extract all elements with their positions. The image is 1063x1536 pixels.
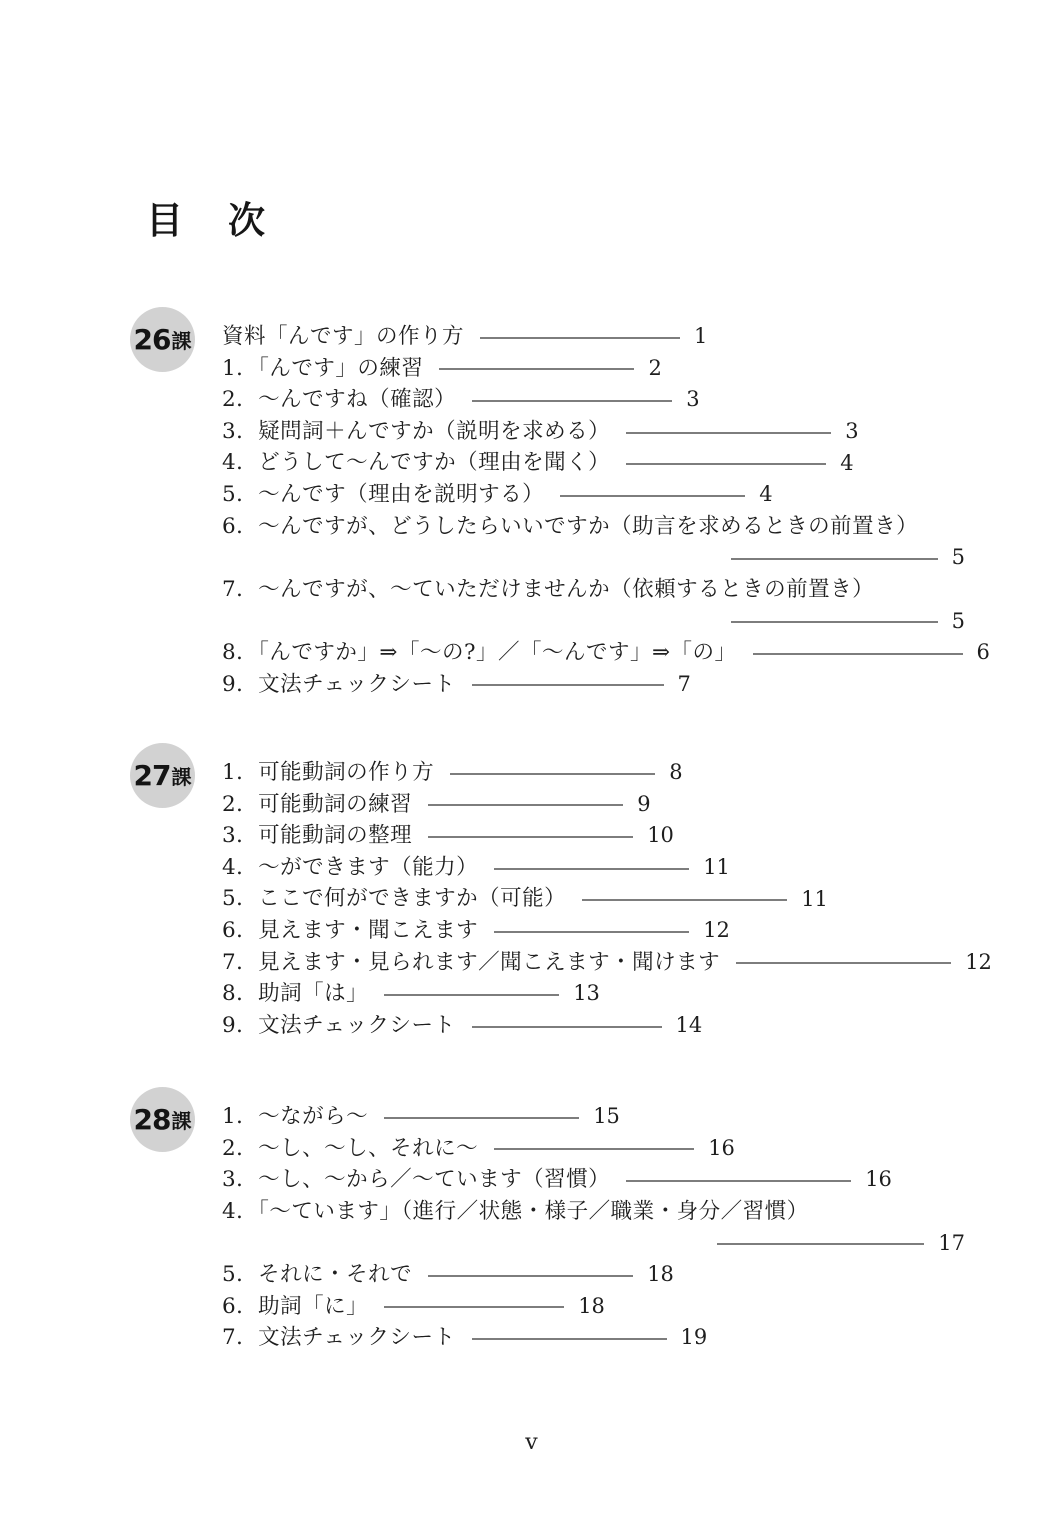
leader-line: [428, 804, 623, 806]
page-number: 14: [676, 1015, 703, 1036]
leader-line: [753, 653, 963, 655]
leader-line: [626, 1180, 851, 1182]
toc-entry-label: 3．疑問詞＋んですか（説明を求める）: [222, 421, 610, 443]
toc-entry-continuation: 5: [0, 542, 1063, 574]
leader-line: [582, 899, 787, 901]
toc-entry-label: 4．～ができます（能力）: [222, 857, 478, 879]
page-number: 7: [678, 674, 691, 695]
lesson-section-26: 26課 資料「んです」の作り方11．「んです」の練習22．～んですね（確認）33…: [0, 321, 1063, 700]
page-number: 12: [965, 952, 992, 973]
toc-entry-label: 2．～んですね（確認）: [222, 389, 456, 411]
toc-entry-label: 7．～んですが、～ていただけませんか（依頼するときの前置き）: [222, 579, 874, 601]
page-number: 8: [669, 762, 682, 783]
page-number: 5: [952, 611, 965, 632]
toc-entry-label: 1．～ながら～: [222, 1106, 368, 1128]
lesson-badge-number: 26: [134, 323, 171, 356]
page-number: 12: [703, 920, 730, 941]
page-number: 13: [573, 983, 600, 1004]
toc-entry: 8．「んですか」⇒「～の?」／「～んです」⇒「の」6: [0, 637, 1063, 669]
leader-line: [731, 621, 938, 623]
page-number: 16: [865, 1169, 892, 1190]
lesson-badge-suffix: 課: [171, 761, 191, 790]
page-number: 18: [578, 1296, 605, 1317]
page-number: 11: [703, 857, 730, 878]
toc-entry: 3．疑問詞＋んですか（説明を求める）3: [0, 416, 1063, 448]
toc-entry-label: 6．見えます・聞こえます: [222, 920, 478, 942]
leader-line: [736, 962, 951, 964]
toc-entry: 9．文法チェックシート14: [0, 1010, 1063, 1042]
toc-entry: 4．～ができます（能力）11: [0, 852, 1063, 884]
lesson-badge-suffix: 課: [171, 1105, 191, 1134]
page-number: 18: [647, 1264, 674, 1285]
page-number: 2: [648, 358, 661, 379]
toc-entry-label: 5．ここで何ができますか（可能）: [222, 888, 566, 910]
toc-entry-label: 2．可能動詞の練習: [222, 794, 412, 816]
toc-entry-label: 5．～んです（理由を説明する）: [222, 484, 544, 506]
lesson-section-28: 28課 1．～ながら～152．～し、～し、それに～163．～し、～から／～ていま…: [0, 1101, 1063, 1354]
toc-page: 目 次 26課 資料「んです」の作り方11．「んです」の練習22．～んですね（確…: [0, 0, 1063, 1536]
leader-line: [384, 994, 559, 996]
page-title: 目 次: [146, 190, 269, 244]
leader-line: [472, 1338, 667, 1340]
toc-entry-label: 8．「んですか」⇒「～の?」／「～んです」⇒「の」: [222, 642, 737, 664]
toc-entry-label: 9．文法チェックシート: [222, 1015, 456, 1037]
leader-line: [428, 1275, 633, 1277]
toc-entry-label: 6．～んですが、どうしたらいいですか（助言を求めるときの前置き）: [222, 516, 918, 538]
page-number: 4: [840, 453, 853, 474]
toc-entry-label: 1．「んです」の練習: [222, 358, 423, 380]
toc-entry-label: 7．文法チェックシート: [222, 1327, 456, 1349]
toc-entry: 6．～んですが、どうしたらいいですか（助言を求めるときの前置き）: [0, 511, 1063, 543]
toc-entry: 3．可能動詞の整理10: [0, 820, 1063, 852]
toc-entry-label: 3．～し、～から／～ています（習慣）: [222, 1169, 610, 1191]
toc-entry: 2．～んですね（確認）3: [0, 384, 1063, 416]
page-number: 10: [647, 825, 674, 846]
toc-entry: 5．それに・それで18: [0, 1259, 1063, 1291]
toc-entry-label: 2．～し、～し、それに～: [222, 1138, 478, 1160]
toc-entry-continuation: 5: [0, 605, 1063, 637]
lesson-badge-number: 27: [134, 759, 171, 792]
page-number: 1: [694, 326, 707, 347]
leader-line: [480, 337, 680, 339]
leader-line: [494, 1148, 694, 1150]
page-folio: v: [0, 1430, 1063, 1455]
leader-line: [717, 1243, 924, 1245]
lesson-badge: 28課: [130, 1087, 195, 1152]
leader-line: [494, 868, 689, 870]
toc-entry: 5．～んです（理由を説明する）4: [0, 479, 1063, 511]
toc-entry-label: 3．可能動詞の整理: [222, 825, 412, 847]
page-number: 16: [708, 1138, 735, 1159]
toc-entry: 6．助詞「に」18: [0, 1291, 1063, 1323]
leader-line: [472, 684, 664, 686]
toc-entry: 3．～し、～から／～ています（習慣）16: [0, 1164, 1063, 1196]
toc-entry-label: 4．どうして～んですか（理由を聞く）: [222, 452, 610, 474]
page-number: 9: [637, 794, 650, 815]
leader-line: [428, 836, 633, 838]
leader-line: [731, 558, 938, 560]
page-number: 11: [801, 889, 828, 910]
leader-line: [472, 400, 672, 402]
leader-line: [560, 495, 745, 497]
leader-line: [384, 1306, 564, 1308]
page-number: 17: [938, 1233, 965, 1254]
toc-entry-label: 6．助詞「に」: [222, 1296, 368, 1318]
leader-line: [626, 463, 826, 465]
page-number: 6: [977, 642, 990, 663]
toc-entry: 6．見えます・聞こえます12: [0, 915, 1063, 947]
toc-entry-label: 1．可能動詞の作り方: [222, 762, 434, 784]
toc-entry: 7．文法チェックシート19: [0, 1322, 1063, 1354]
toc-entry: 4．「～ています」（進行／状態・様子／職業・身分／習慣）: [0, 1196, 1063, 1228]
toc-entry: 4．どうして～んですか（理由を聞く）4: [0, 447, 1063, 479]
lesson-badge: 26課: [130, 307, 195, 372]
toc-entry: 7．見えます・見られます／聞こえます・聞けます12: [0, 947, 1063, 979]
toc-entry: 7．～んですが、～ていただけませんか（依頼するときの前置き）: [0, 574, 1063, 606]
lesson-badge-number: 28: [134, 1103, 171, 1136]
toc-entry-label: 7．見えます・見られます／聞こえます・聞けます: [222, 952, 720, 974]
toc-entry-label: 8．助詞「は」: [222, 983, 368, 1005]
leader-line: [439, 368, 634, 370]
page-number: 5: [952, 547, 965, 568]
leader-line: [384, 1117, 579, 1119]
leader-line: [450, 773, 655, 775]
page-number: 19: [681, 1327, 708, 1348]
toc-entry-label: 4．「～ています」（進行／状態・様子／職業・身分／習慣）: [222, 1201, 809, 1223]
lesson-badge: 27課: [130, 743, 195, 808]
page-number: 4: [759, 484, 772, 505]
toc-entry-label: 5．それに・それで: [222, 1264, 412, 1286]
toc-entry-continuation: 17: [0, 1227, 1063, 1259]
leader-line: [472, 1026, 662, 1028]
page-number: 3: [686, 389, 699, 410]
page-number: 15: [593, 1106, 620, 1127]
toc-entry-label: 資料「んです」の作り方: [222, 326, 464, 348]
toc-entry: 5．ここで何ができますか（可能）11: [0, 883, 1063, 915]
page-number: 3: [845, 421, 858, 442]
lesson-badge-suffix: 課: [171, 325, 191, 354]
lesson-section-27: 27課 1．可能動詞の作り方82．可能動詞の練習93．可能動詞の整理104．～が…: [0, 757, 1063, 1041]
toc-entry: 9．文法チェックシート7: [0, 669, 1063, 701]
toc-entry: 8．助詞「は」13: [0, 978, 1063, 1010]
leader-line: [494, 931, 689, 933]
leader-line: [626, 432, 831, 434]
toc-entry-label: 9．文法チェックシート: [222, 674, 456, 696]
toc-rows: 資料「んです」の作り方11．「んです」の練習22．～んですね（確認）33．疑問詞…: [0, 321, 1063, 700]
